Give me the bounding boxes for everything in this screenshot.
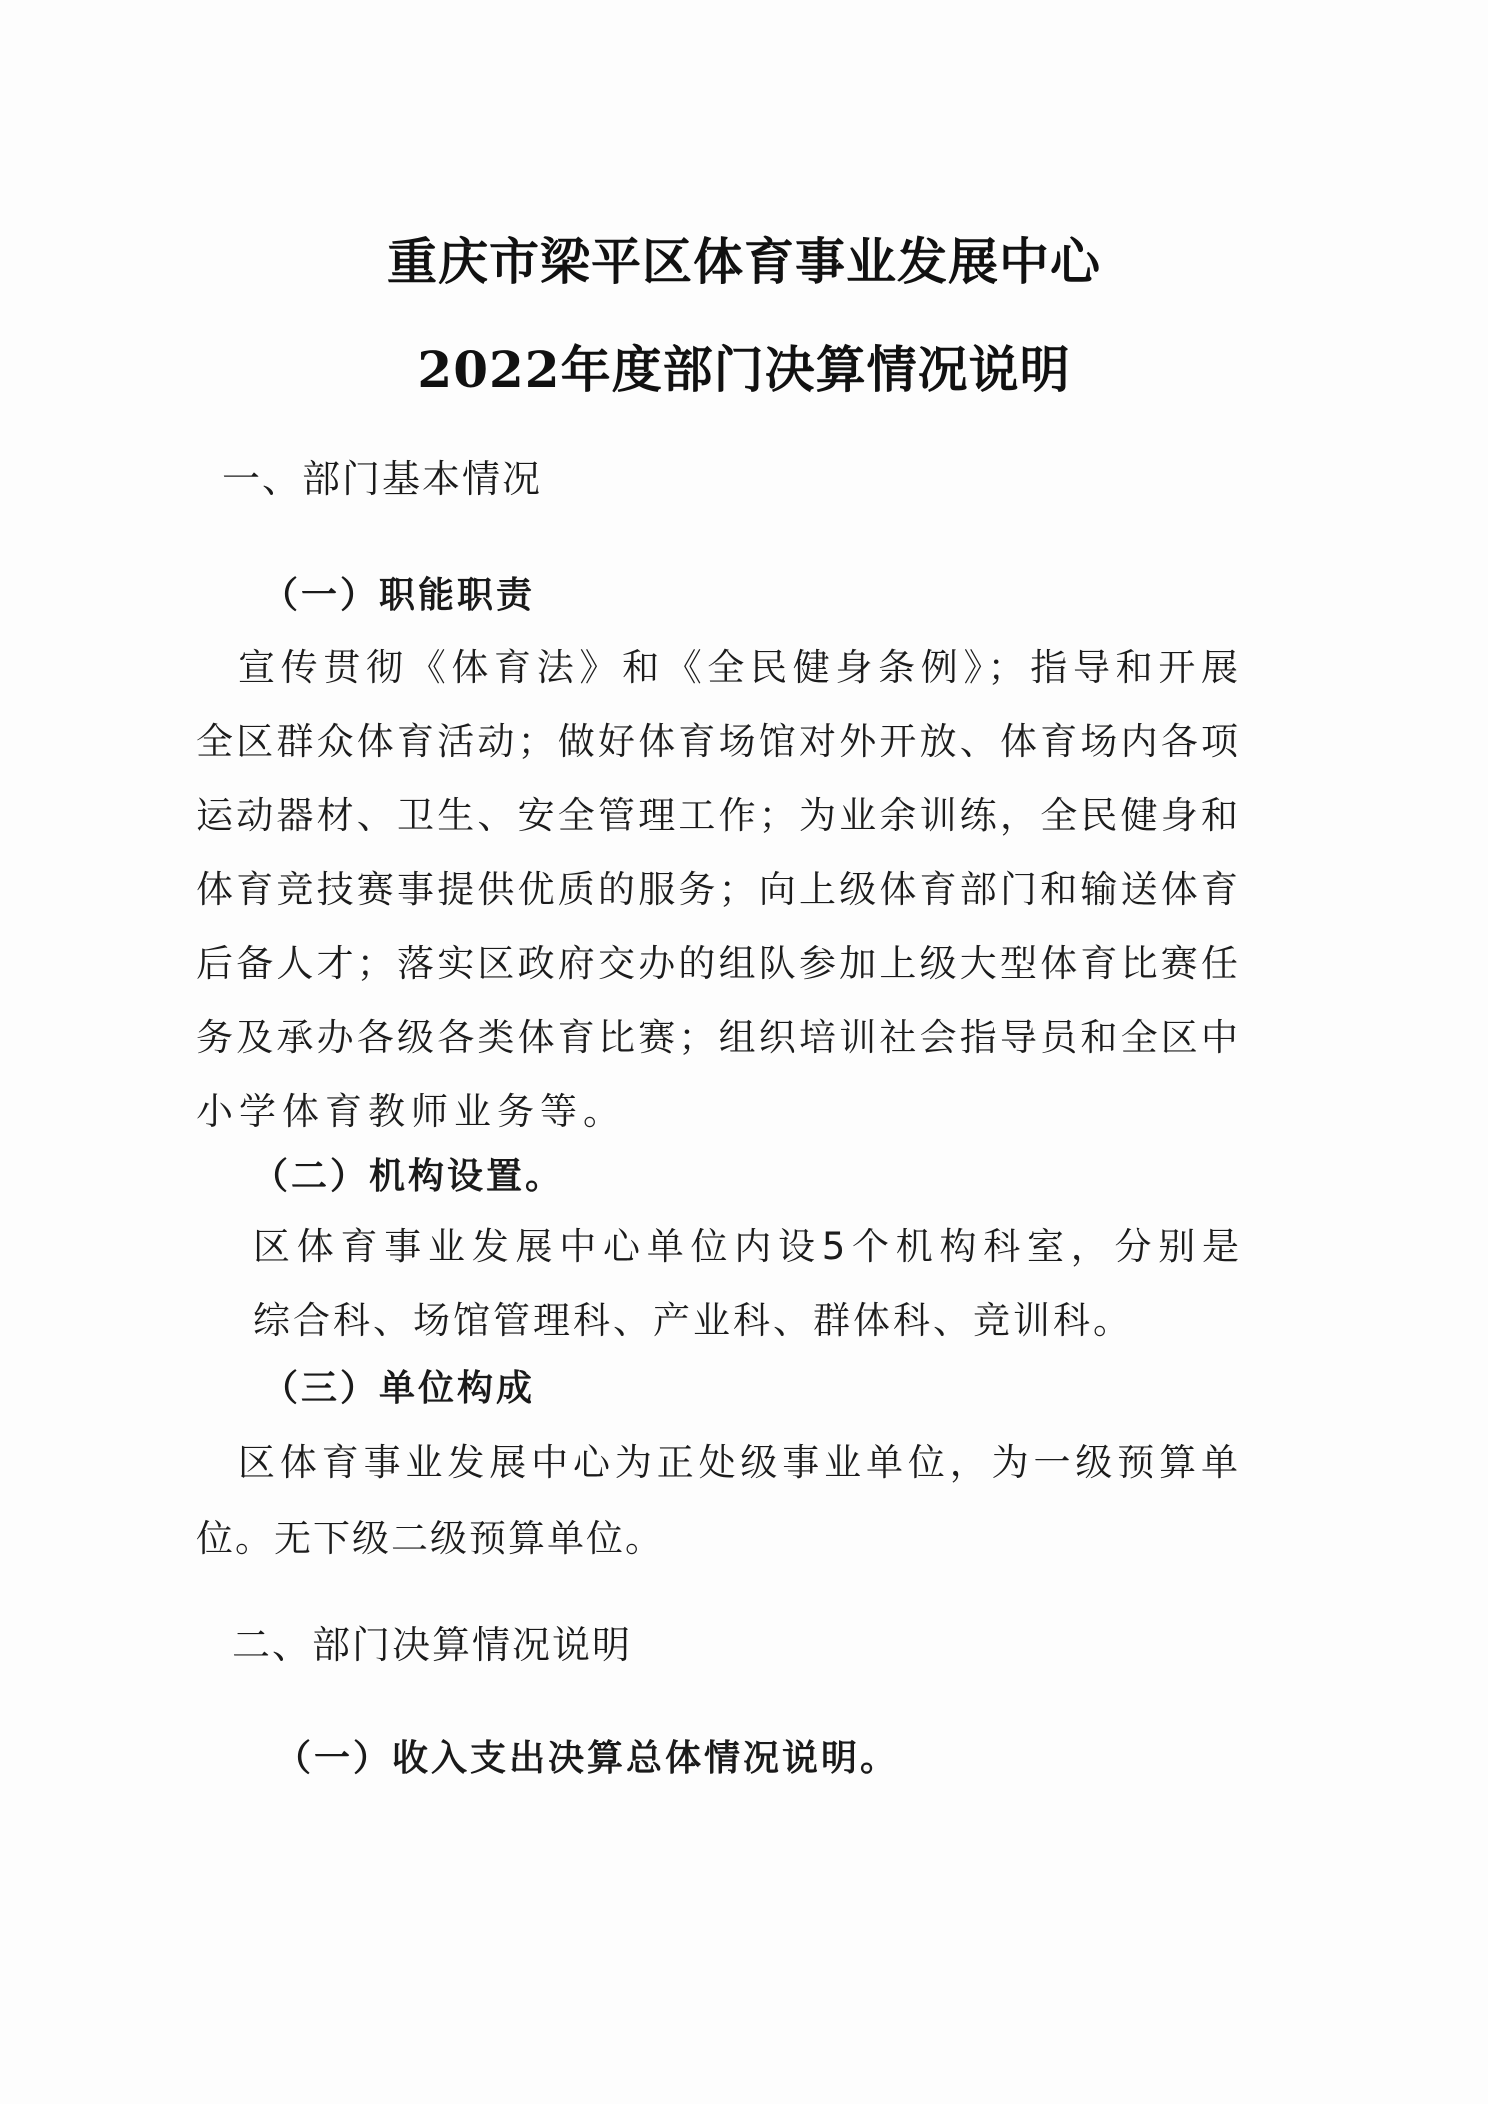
document-title-line2: 2022年度部门决算情况说明 [0, 330, 1488, 402]
section1-sub1-heading: （一）职能职责 [262, 567, 535, 618]
paragraph-line: 区体育事业发展中心为正处级事业单位，为一级预算单 [238, 1432, 1238, 1486]
section2-sub1-heading: （一）收入支出决算总体情况说明。 [275, 1730, 899, 1781]
paragraph-line: 宣传贯彻《体育法》和《全民健身条例》；指导和开展 [238, 637, 1238, 691]
paragraph-line: 运动器材、卫生、安全管理工作；为业余训练，全民健身和 [196, 785, 1238, 839]
paragraph-line: 区体育事业发展中心单位内设5个机构科室，分别是 [253, 1216, 1239, 1270]
document-page: 重庆市梁平区体育事业发展中心 2022年度部门决算情况说明 一、部门基本情况 （… [0, 0, 1488, 2104]
paragraph-line: 综合科、场馆管理科、产业科、群体科、竞训科。 [253, 1290, 1133, 1344]
paragraph-line: 后备人才；落实区政府交办的组队参加上级大型体育比赛任 [196, 933, 1238, 987]
paragraph-line: 体育竞技赛事提供优质的服务；向上级体育部门和输送体育 [196, 859, 1238, 913]
paragraph-line: 小学体育教师业务等。 [196, 1081, 626, 1135]
section1-sub2-heading: （二）机构设置。 [252, 1148, 564, 1199]
section1-sub3-heading: （三）单位构成 [262, 1360, 535, 1411]
section2-heading: 二、部门决算情况说明 [232, 1614, 632, 1669]
paragraph-line: 务及承办各级各类体育比赛；组织培训社会指导员和全区中 [196, 1007, 1238, 1061]
paragraph-line: 全区群众体育活动；做好体育场馆对外开放、体育场内各项 [196, 711, 1238, 765]
document-title-line1: 重庆市梁平区体育事业发展中心 [0, 222, 1488, 294]
paragraph-line: 位。无下级二级预算单位。 [196, 1508, 664, 1562]
section1-heading: 一、部门基本情况 [222, 448, 542, 503]
